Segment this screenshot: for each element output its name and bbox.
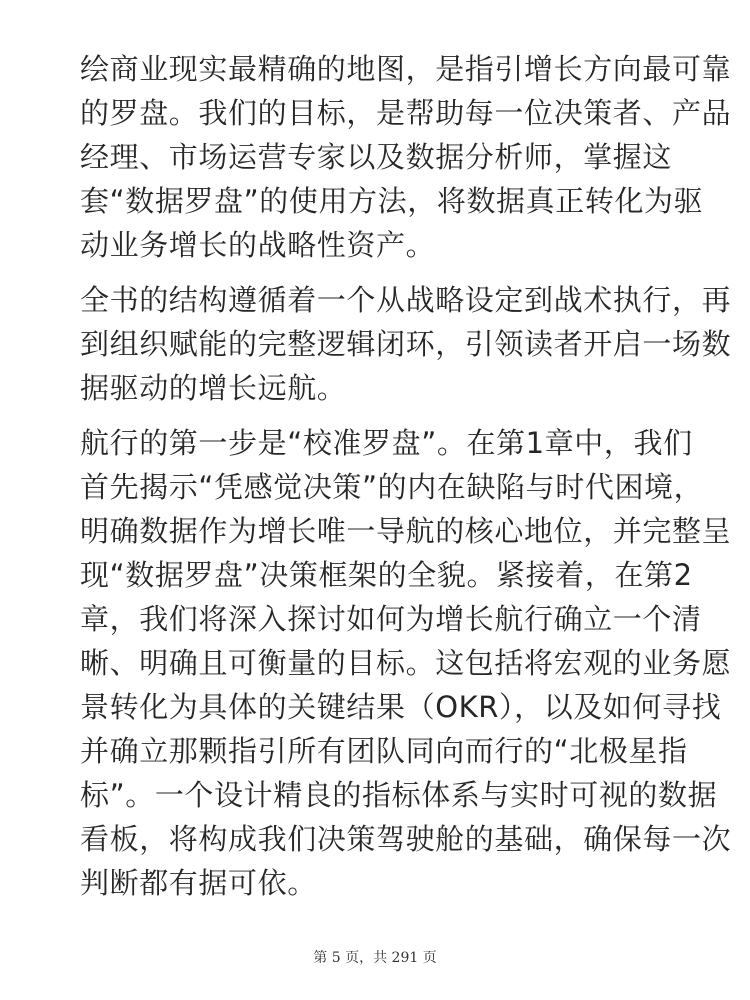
text-line: 据驱动的增长远航。	[80, 366, 680, 410]
text-line: 晰、明确且可衡量的目标。这包括将宏观的业务愿	[80, 641, 680, 685]
text-line: 到组织赋能的完整逻辑闭环，引领读者开启一场数	[80, 322, 680, 366]
paragraph-1: 绘商业现实最精确的地图，是指引增长方向最可靠 的罗盘。我们的目标，是帮助每一位决…	[80, 47, 680, 267]
text-line: 航行的第一步是“校准罗盘”。在第1章中，我们	[80, 421, 680, 465]
text-line: 动业务增长的战略性资产。	[80, 223, 680, 267]
text-line: 经理、市场运营专家以及数据分析师，掌握这	[80, 135, 680, 179]
text-line: 明确数据作为增长唯一导航的核心地位，并完整呈	[80, 509, 680, 553]
text-line: 的罗盘。我们的目标，是帮助每一位决策者、产品	[80, 91, 680, 135]
paragraph-2: 全书的结构遵循着一个从战略设定到战术执行，再 到组织赋能的完整逻辑闭环，引领读者…	[80, 278, 680, 410]
text-line: 看板，将构成我们决策驾驶舱的基础，确保每一次	[80, 817, 680, 861]
paragraph-3: 航行的第一步是“校准罗盘”。在第1章中，我们 首先揭示“凭感觉决策”的内在缺陷与…	[80, 421, 680, 905]
text-line: 套“数据罗盘”的使用方法，将数据真正转化为驱	[80, 179, 680, 223]
text-line: 绘商业现实最精确的地图，是指引增长方向最可靠	[80, 47, 680, 91]
text-line: 章，我们将深入探讨如何为增长航行确立一个清	[80, 597, 680, 641]
text-line: 景转化为具体的关键结果（OKR），以及如何寻找	[80, 685, 680, 729]
text-line: 并确立那颗指引所有团队同向而行的“北极星指	[80, 729, 680, 773]
text-line: 首先揭示“凭感觉决策”的内在缺陷与时代困境，	[80, 465, 680, 509]
page-body: 绘商业现实最精确的地图，是指引增长方向最可靠 的罗盘。我们的目标，是帮助每一位决…	[80, 47, 680, 916]
text-line: 判断都有据可依。	[80, 861, 680, 905]
text-line: 全书的结构遵循着一个从战略设定到战术执行，再	[80, 278, 680, 322]
page-number-footer: 第 5 页，共 291 页	[0, 948, 750, 968]
text-line: 标”。一个设计精良的指标体系与实时可视的数据	[80, 773, 680, 817]
document-page: 绘商业现实最精确的地图，是指引增长方向最可靠 的罗盘。我们的目标，是帮助每一位决…	[0, 0, 750, 1000]
text-line: 现“数据罗盘”决策框架的全貌。紧接着，在第2	[80, 553, 680, 597]
